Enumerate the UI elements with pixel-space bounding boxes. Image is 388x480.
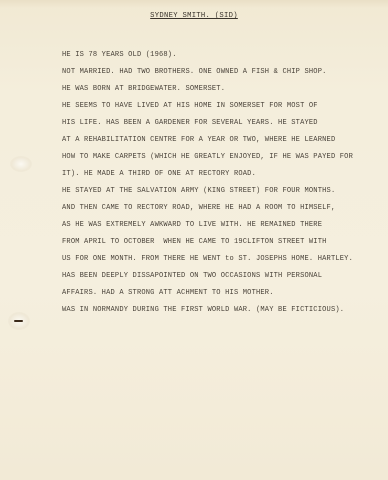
text-line: US FOR ONE MONTH. FROM THERE HE WENT to … <box>62 251 382 268</box>
text-line: AT A REHABILITATION CENTRE FOR A YEAR OR… <box>62 132 382 149</box>
text-line: AFFAIRS. HAD A STRONG ATT ACHMENT TO HIS… <box>62 285 382 302</box>
text-line: HE IS 78 YEARS OLD (1968). <box>62 47 382 64</box>
text-line: AND THEN CAME TO RECTORY ROAD, WHERE HE … <box>62 200 382 217</box>
typed-document-page: SYDNEY SMITH. (SID) HE IS 78 YEARS OLD (… <box>0 0 388 480</box>
text-line: AS HE WAS EXTREMELY AWKWARD TO LIVE WITH… <box>62 217 382 234</box>
text-line: FROM APRIL TO OCTOBER WHEN HE CAME TO 19… <box>62 234 382 251</box>
text-line: HAS BEEN DEEPLY DISSAPOINTED ON TWO OCCA… <box>62 268 382 285</box>
punch-hole <box>10 156 32 172</box>
text-line: HE STAYED AT THE SALVATION ARMY (KING ST… <box>62 183 382 200</box>
text-line: HE WAS BORN AT BRIDGEWATER. SOMERSET. <box>62 81 382 98</box>
document-title: SYDNEY SMITH. (SID) <box>0 12 388 20</box>
text-line: IT). HE MADE A THIRD OF ONE AT RECTORY R… <box>62 166 382 183</box>
text-line: HOW TO MAKE CARPETS (WHICH HE GREATLY EN… <box>62 149 382 166</box>
text-line: NOT MARRIED. HAD TWO BROTHERS. ONE OWNED… <box>62 64 382 81</box>
text-line: HE SEEMS TO HAVE LIVED AT HIS HOME IN SO… <box>62 98 382 115</box>
text-line: HIS LIFE. HAS BEEN A GARDENER FOR SEVERA… <box>62 115 382 132</box>
text-line: WAS IN NORMANDY DURING THE FIRST WORLD W… <box>62 302 382 319</box>
document-body: HE IS 78 YEARS OLD (1968). NOT MARRIED. … <box>62 47 382 319</box>
punch-hole <box>8 312 30 330</box>
